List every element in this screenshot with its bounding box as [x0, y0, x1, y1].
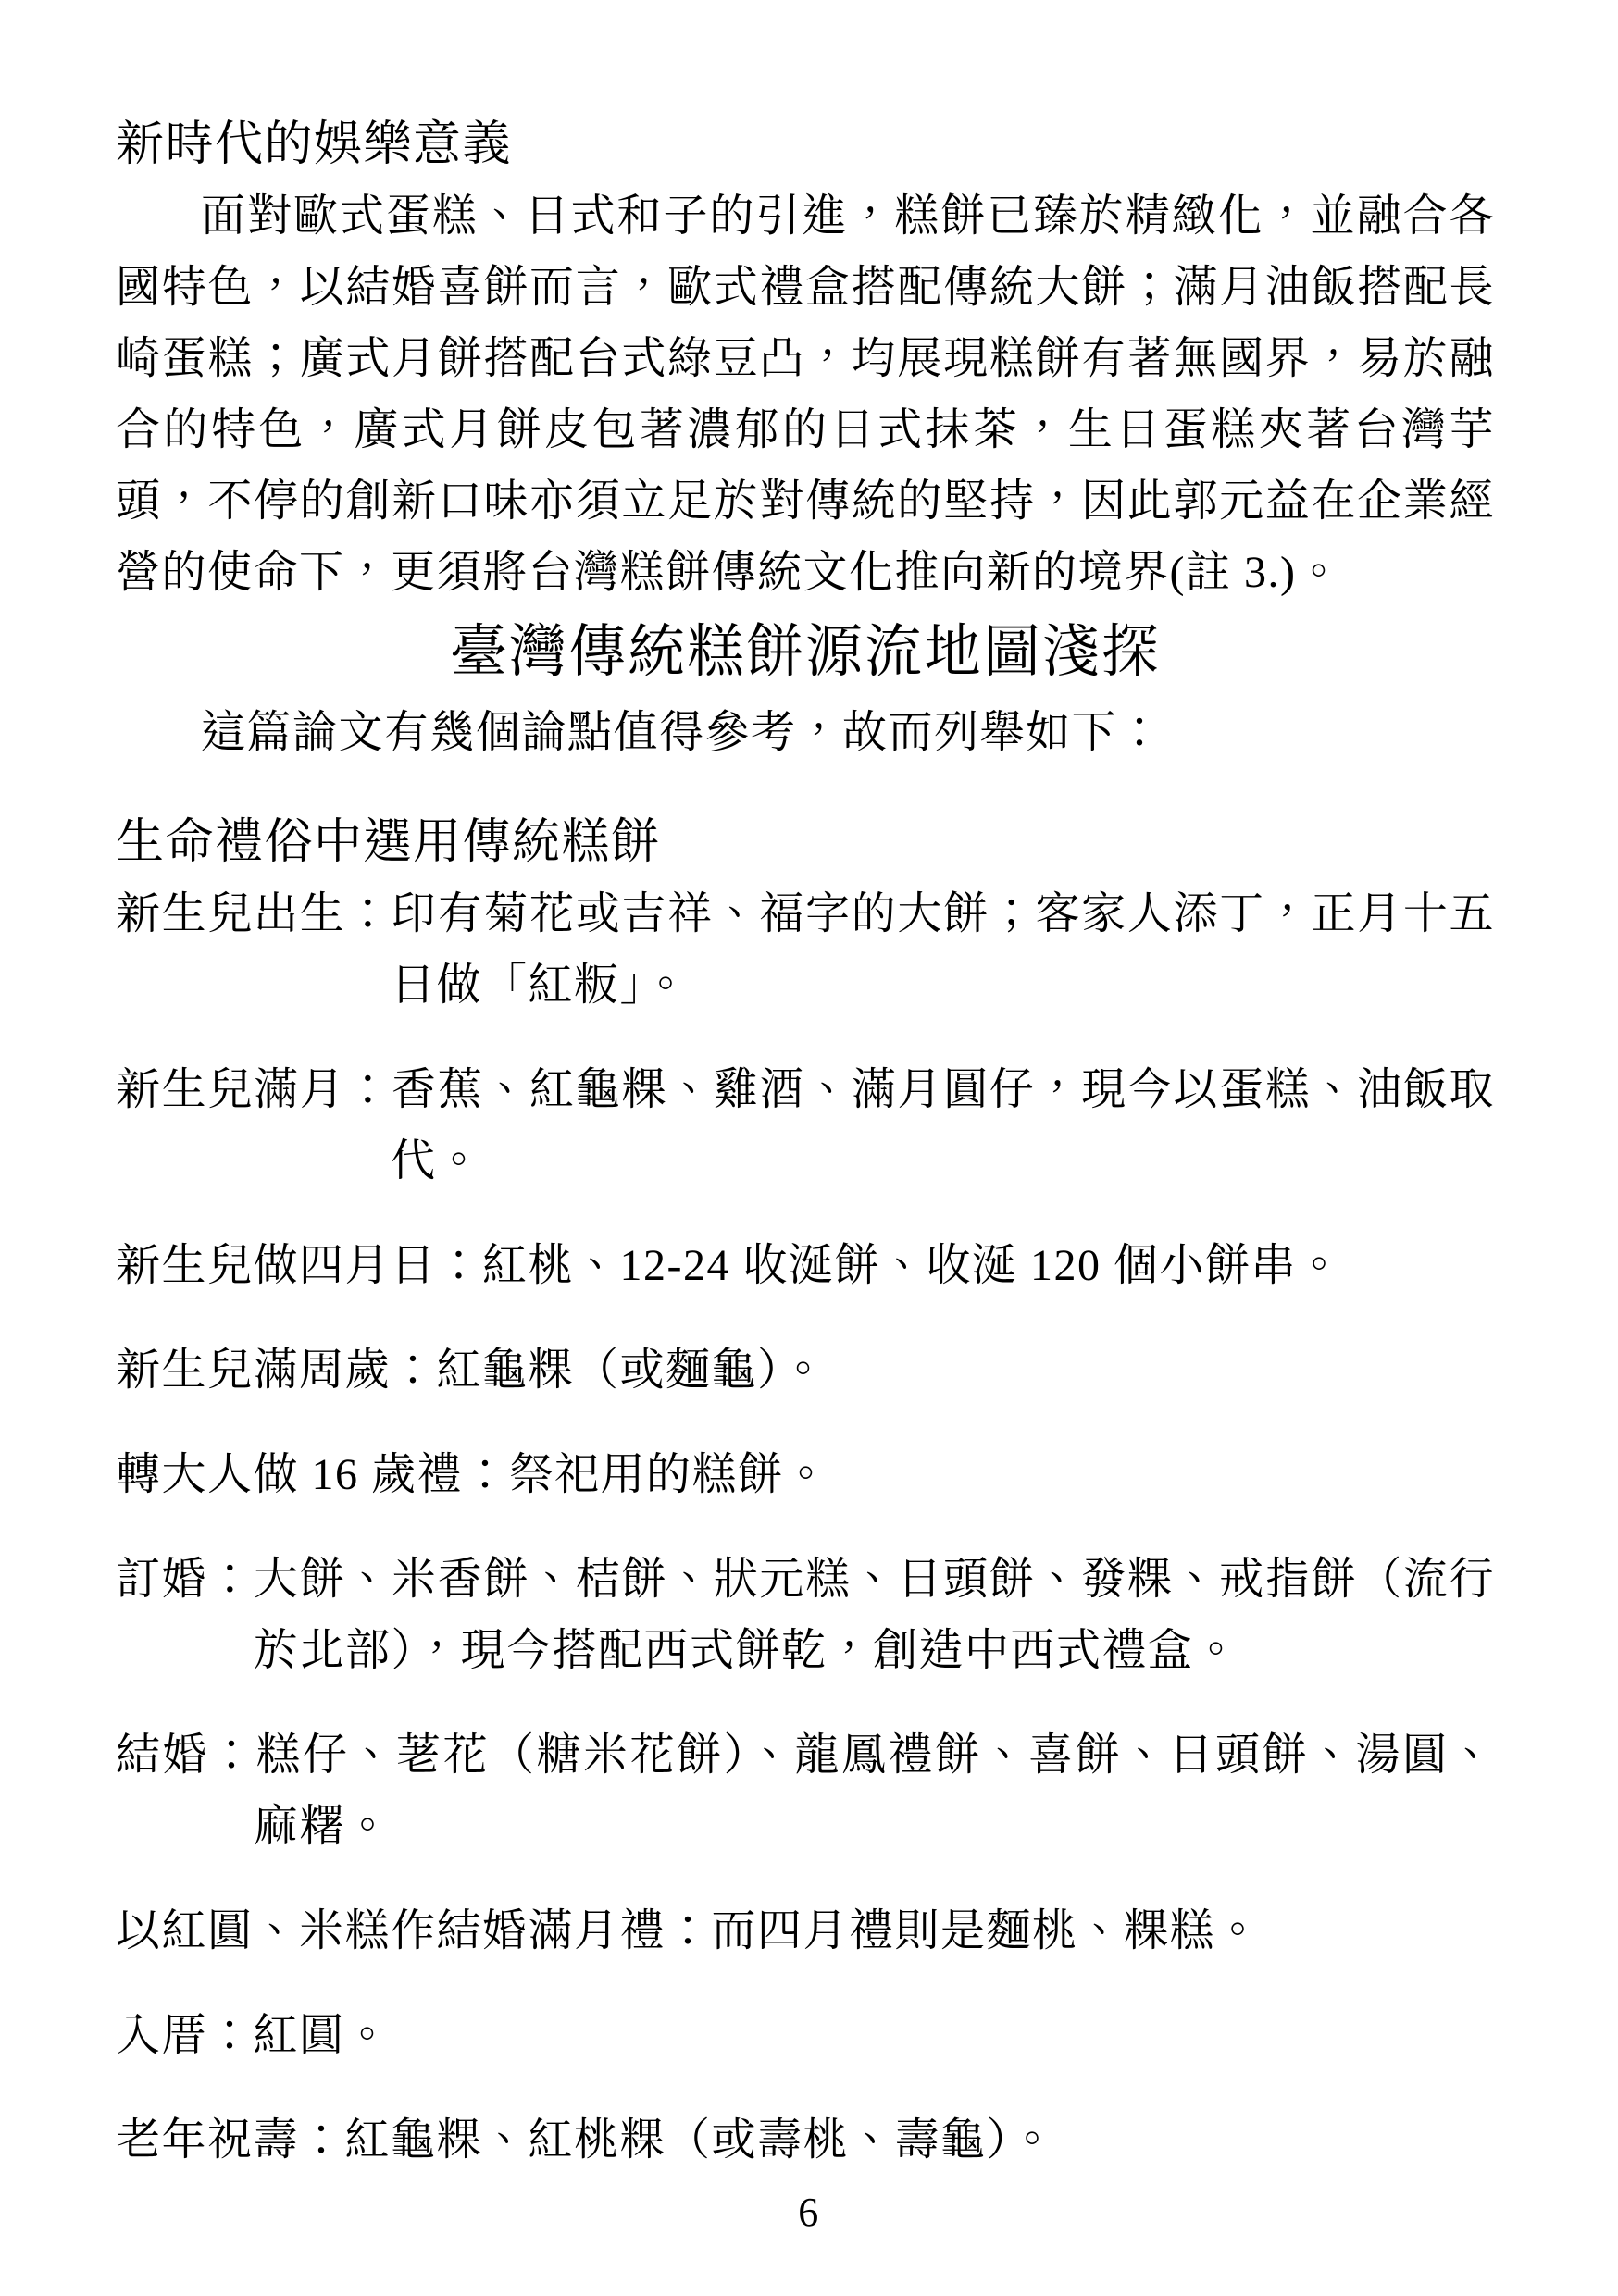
paragraph-intro: 這篇論文有幾個論點值得參考，故而列舉如下： [116, 697, 1495, 768]
paper-title: 臺灣傳統糕餅源流地圖淺探 [116, 608, 1495, 697]
list-item-newborn-birth: 新生兒出生：印有菊花或吉祥、福字的大餅；客家人添丁，正月十五日做「紅粄」。 [116, 878, 1495, 1021]
list-item-housewarming: 入厝：紅圓。 [116, 2000, 1495, 2071]
list-item-wedding: 結婚：糕仔、荖花（糖米花餅）、龍鳳禮餅、喜餅、日頭餅、湯圓、麻糬。 [116, 1719, 1495, 1862]
list-item-newborn-fullmonth: 新生兒滿月：香蕉、紅龜粿、雞酒、滿月圓仔，現今以蛋糕、油飯取代。 [116, 1054, 1495, 1197]
list-item-first-birthday: 新生兒滿周歲：紅龜粿（或麵龜）。 [116, 1334, 1495, 1406]
list-item-coming-of-age: 轉大人做 16 歲禮：祭祀用的糕餅。 [116, 1439, 1495, 1510]
list-item-wedding-fullmonth: 以紅圓、米糕作結婚滿月禮：而四月禮則是麵桃、粿糕。 [116, 1895, 1495, 1967]
document-page: 新時代的娛樂意義 面對歐式蛋糕、日式和子的引進，糕餅已臻於精緻化，並融合各國特色… [0, 0, 1618, 2296]
list-item-engagement: 訂婚：大餅、米香餅、桔餅、狀元糕、日頭餅、發粿、戒指餅（流行於北部），現今搭配西… [116, 1544, 1495, 1686]
paragraph-new-era: 面對歐式蛋糕、日式和子的引進，糕餅已臻於精緻化，並融合各國特色，以結婚喜餅而言，… [116, 180, 1495, 608]
ritual-list: 新生兒出生：印有菊花或吉祥、福字的大餅；客家人添丁，正月十五日做「紅粄」。 新生… [116, 878, 1495, 2176]
section-heading-life-rituals: 生命禮俗中選用傳統糕餅 [116, 807, 1495, 878]
list-item-fourth-month: 新生兒做四月日：紅桃、12-24 收涎餅、收涎 120 個小餅串。 [116, 1230, 1495, 1301]
page-number: 6 [798, 2190, 820, 2235]
page-footer: 6 [0, 2177, 1618, 2248]
section-heading-new-era: 新時代的娛樂意義 [116, 109, 1495, 180]
list-item-elder-birthday: 老年祝壽：紅龜粿、紅桃粿（或壽桃、壽龜）。 [116, 2104, 1495, 2176]
